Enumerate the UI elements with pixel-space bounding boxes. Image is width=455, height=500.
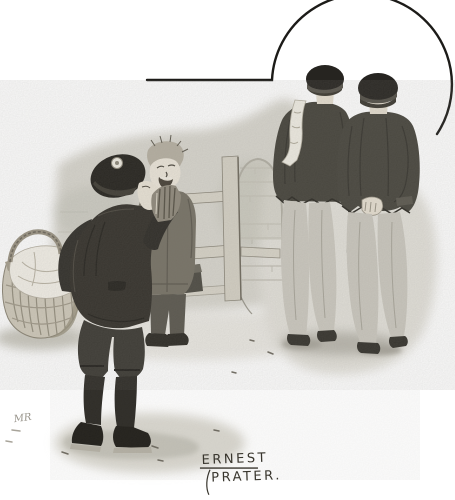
halftone-grain [0, 80, 455, 390]
illustration-page: Fair-haired boy laughing, standing by th… [0, 0, 455, 500]
illustration: Fair-haired boy laughing, standing by th… [0, 0, 455, 500]
signature-line2: PRATER. [211, 468, 282, 485]
signature-line1: ERNEST [201, 451, 268, 468]
